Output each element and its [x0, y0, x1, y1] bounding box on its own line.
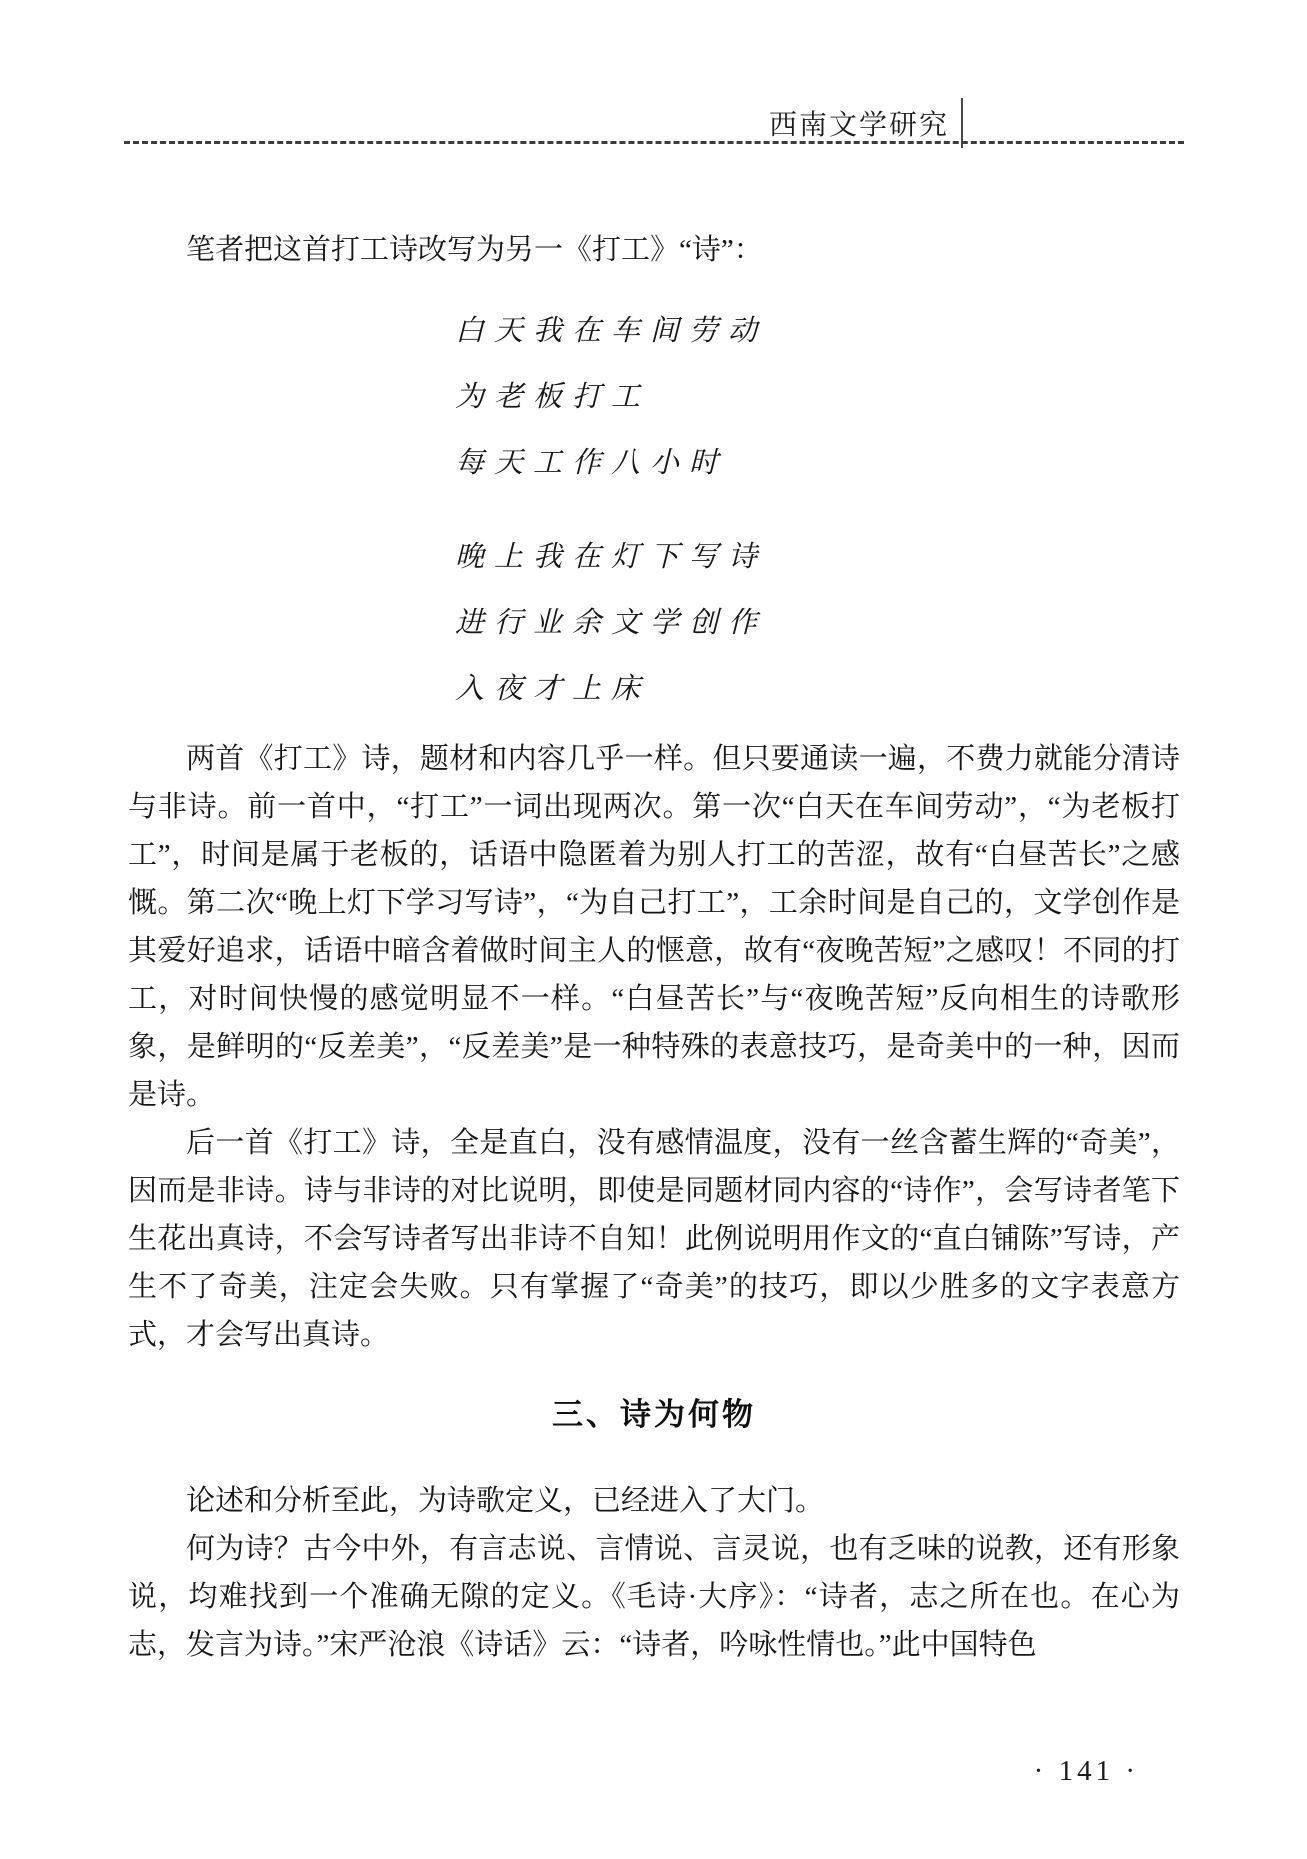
intro-paragraph: 笔者把这首打工诗改写为另一《打工》“诗”： [128, 226, 1180, 274]
poem-stanza-1: 白天我在车间劳动 为老板打工 每天工作八小时 [455, 297, 1180, 495]
poem-line: 进行业余文学创作 [455, 589, 1180, 655]
poem-line: 每天工作八小时 [455, 429, 1180, 495]
section-heading: 三、诗为何物 [128, 1391, 1180, 1439]
poem-line: 为老板打工 [455, 363, 1180, 429]
poem-block: 白天我在车间劳动 为老板打工 每天工作八小时 晚上我在灯下写诗 进行业余文学创作… [455, 297, 1180, 721]
poem-stanza-2: 晚上我在灯下写诗 进行业余文学创作 入夜才上床 [455, 523, 1180, 721]
section-paragraph-1: 论述和分析至此，为诗歌定义，已经进入了大门。 [128, 1477, 1180, 1525]
analysis-paragraph-2: 后一首《打工》诗，全是直白，没有感情温度，没有一丝含蓄生辉的“奇美”，因而是非诗… [128, 1119, 1180, 1359]
poem-line: 晚上我在灯下写诗 [455, 523, 1180, 589]
content-column: 笔者把这首打工诗改写为另一《打工》“诗”： 白天我在车间劳动 为老板打工 每天工… [128, 0, 1180, 1669]
section-paragraph-2: 何为诗？古今中外，有言志说、言情说、言灵说，也有乏味的说教，还有形象说，均难找到… [128, 1525, 1180, 1669]
poem-line: 白天我在车间劳动 [455, 297, 1180, 363]
poem-line: 入夜才上床 [455, 655, 1180, 721]
page-number: · 141 · [1034, 1755, 1139, 1788]
analysis-paragraph-1: 两首《打工》诗，题材和内容几乎一样。但只要通读一遍，不费力就能分清诗与非诗。前一… [128, 735, 1180, 1119]
